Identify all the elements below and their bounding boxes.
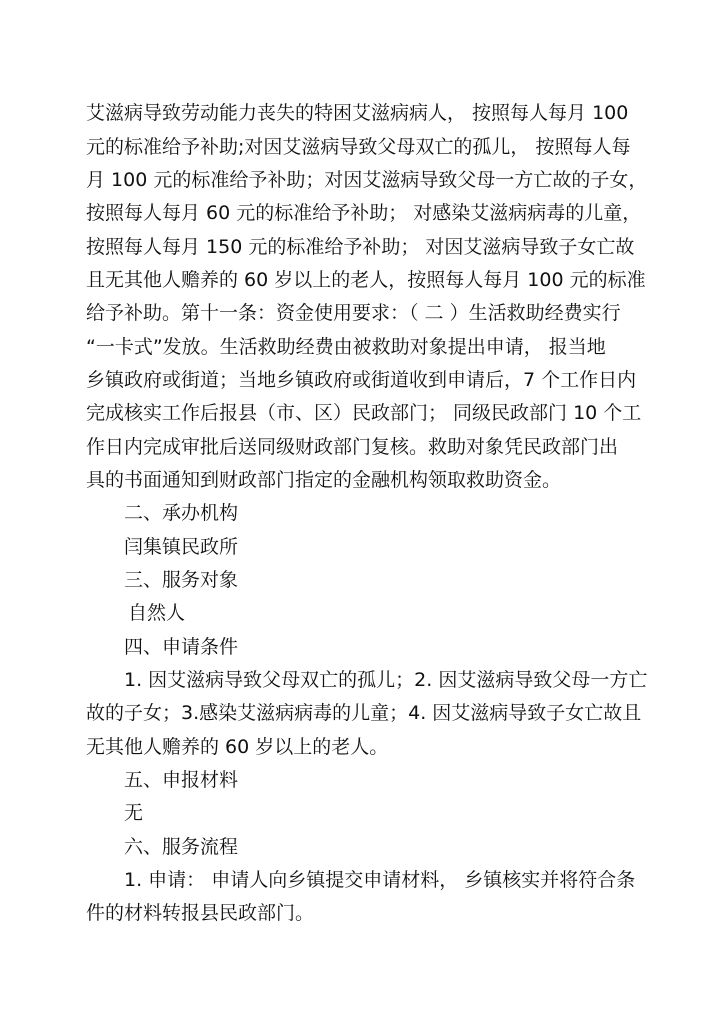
service-target-value: 自然人 [128,596,185,630]
application-conditions-line: 无其他人赡养的 60 岁以上的老人。 [86,730,388,764]
body-text-line: 艾滋病导致劳动能力丧失的特困艾滋病病人， 按照每人每月 100 [86,96,628,130]
body-text-line: 按照每人每月 60 元的标准给予补助； 对感染艾滋病病毒的儿童， [86,196,641,230]
application-materials-value: 无 [124,796,143,830]
body-text-line: 且无其他人赡养的 60 岁以上的老人，按照每人每月 100 元的标准 [86,263,646,297]
application-conditions-line: 故的子女；3.感染艾滋病病毒的儿童；4. 因艾滋病导致子女亡故且 [86,696,641,730]
body-text-line: 作日内完成审批后送同级财政部门复核。救助对象凭民政部门出 [86,430,618,464]
body-text-line: 月 100 元的标准给予补助；对因艾滋病导致父母一方亡故的子女， [86,163,647,197]
service-process-line: 件的材料转报县民政部门。 [86,896,314,930]
section-heading-application-conditions: 四、申请条件 [124,630,238,664]
body-text-line: “一卡式”发放。生活救助经费由被救助对象提出申请， 报当地 [86,330,606,364]
body-text-line: 完成核实工作后报县（市、区）民政部门； 同级民政部门 10 个工 [86,396,641,430]
application-conditions-line: 1. 因艾滋病导致父母双亡的孤儿；2. 因艾滋病导致父母一方亡 [124,663,647,697]
service-process-line: 1. 申请： 申请人向乡镇提交申请材料， 乡镇核实并将符合条 [124,863,635,897]
section-heading-service-process: 六、服务流程 [124,830,238,864]
body-text-line: 具的书面通知到财政部门指定的金融机构领取救助资金。 [86,463,561,497]
section-heading-undertaking-agency: 二、承办机构 [124,496,238,530]
section-heading-application-materials: 五、申报材料 [124,763,238,797]
document-page: 艾滋病导致劳动能力丧失的特困艾滋病病人， 按照每人每月 100 元的标准给予补助… [0,0,715,1011]
body-text-line: 元的标准给予补助;对因艾滋病导致父母双亡的孤儿， 按照每人每 [86,130,630,164]
body-text-line: 乡镇政府或街道；当地乡镇政府或街道收到申请后，7 个工作日内 [86,363,636,397]
undertaking-agency-value: 闫集镇民政所 [124,530,238,564]
body-text-line: 按照每人每月 150 元的标准给予补助； 对因艾滋病导致子女亡故 [86,230,634,264]
section-heading-service-target: 三、服务对象 [124,563,238,597]
body-text-line: 给予补助。第十一条：资金使用要求：（ 二 ）生活救助经费实行 [86,296,621,330]
